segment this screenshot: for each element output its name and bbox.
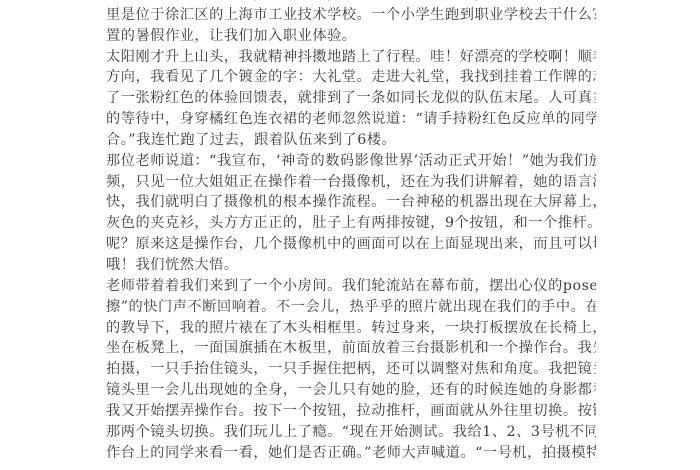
text-line: 镜头里一会儿出现她的全身，一会儿只有她的脸，还有的时候连她的身影都看不见呢！ [106, 380, 596, 401]
text-line: 合。”我连忙跑了过去，跟着队伍来到了6楼。 [106, 130, 596, 151]
text-line: 老师带着着我们来到了一个小房间。我们轮流站在幕布前，摆出心仪的pose，“咔擦咔 [106, 276, 596, 297]
text-line: 那位老师说道：“我宣布，‘神奇的数码影像世界’活动正式开始！”她为我们放了一段视 [106, 151, 596, 172]
text-line: 哦！我们恍然大悟。 [106, 255, 596, 276]
text-line: 方向，我看见了几个镀金的字：大礼堂。走进大礼堂，我找到挂着工作牌的志愿者，领取 [106, 67, 596, 88]
text-line: 太阳刚才升上山头，我就精神抖擞地踏上了行程。哇！好漂亮的学校啊！顺着保安指向的 [106, 47, 596, 68]
document-page: 我们来到了一幢大楼前，抬头一看，原来这里是一所学校，这所学校的名字叫做 里是位于… [0, 0, 700, 470]
text-line: 频，只见一位大姐姐正在操作着一台摄像机，还在为我们讲解着，她的语言浅显易懂，很 [106, 172, 596, 193]
text-line: 快，我们就明白了摄像机的根本操作流程。一台神秘的机器出现在大屏幕上，它穿着一件 [106, 192, 596, 213]
text-line: 坐在板凳上，一面国旗插在木板里，前面放着三台摄影机和一个操作台。我先尝试了一下 [106, 338, 596, 359]
text-line: 了一张粉红色的体验回馈表，就排到了一条如同长龙似的队伍末尾。人可真多啊！在焦急 [106, 88, 596, 109]
article-body: 我们来到了一幢大楼前，抬头一看，原来这里是一所学校，这所学校的名字叫做 里是位于… [106, 0, 596, 463]
text-line: 的等待中，身穿橘红色连衣裙的老师忽然说道：“请手持粉红色反应单的同学到我这儿汇 [106, 109, 596, 130]
text-line: 呢？原来这是操作台，几个摄像机中的画面可以在上面显现出来，而且可以切换画面。 [106, 234, 596, 255]
text-line: 擦”的快门声不断回响着。不一会儿，热乎乎的照片就出现在我们的手中。在老师手把手 [106, 297, 596, 318]
text-line: 里是位于徐汇区的上海市工业技术学校。一个小学生跑到职业学校去干什么？这是学校布 [106, 5, 596, 26]
text-line: 置的暑假作业，让我们加入职业体验。 [106, 26, 596, 47]
text-line: 我又开始摆弄操作台。按下一个按钮，拉动推杆，画面就从外往里切换。按键可以调试是 [106, 401, 596, 422]
text-line: 的教导下，我的照片裱在了木头相框里。转过身来，一块打板摆放在长椅上，一位小女孩 [106, 318, 596, 339]
text-line: 那两个镜头切换。我们玩儿上了瘾。“现在开始测试。我给1、2、3号机不同的命令。在… [106, 422, 596, 443]
text-line: 作台上的同学来看一看，她们是否正确。”老师大声喊道。“一号机，拍摄模特的全身！二 [106, 443, 596, 464]
text-line: 拍摄，一只手抬住镜头，一只手握住把柄，还可以调整对焦和角度。我把镜头对准模特， [106, 359, 596, 380]
text-line: 灰色的夹克衫，头方方正正的，肚子上有两排按键，9个按钮，和一个推杆。这是什么 [106, 213, 596, 234]
